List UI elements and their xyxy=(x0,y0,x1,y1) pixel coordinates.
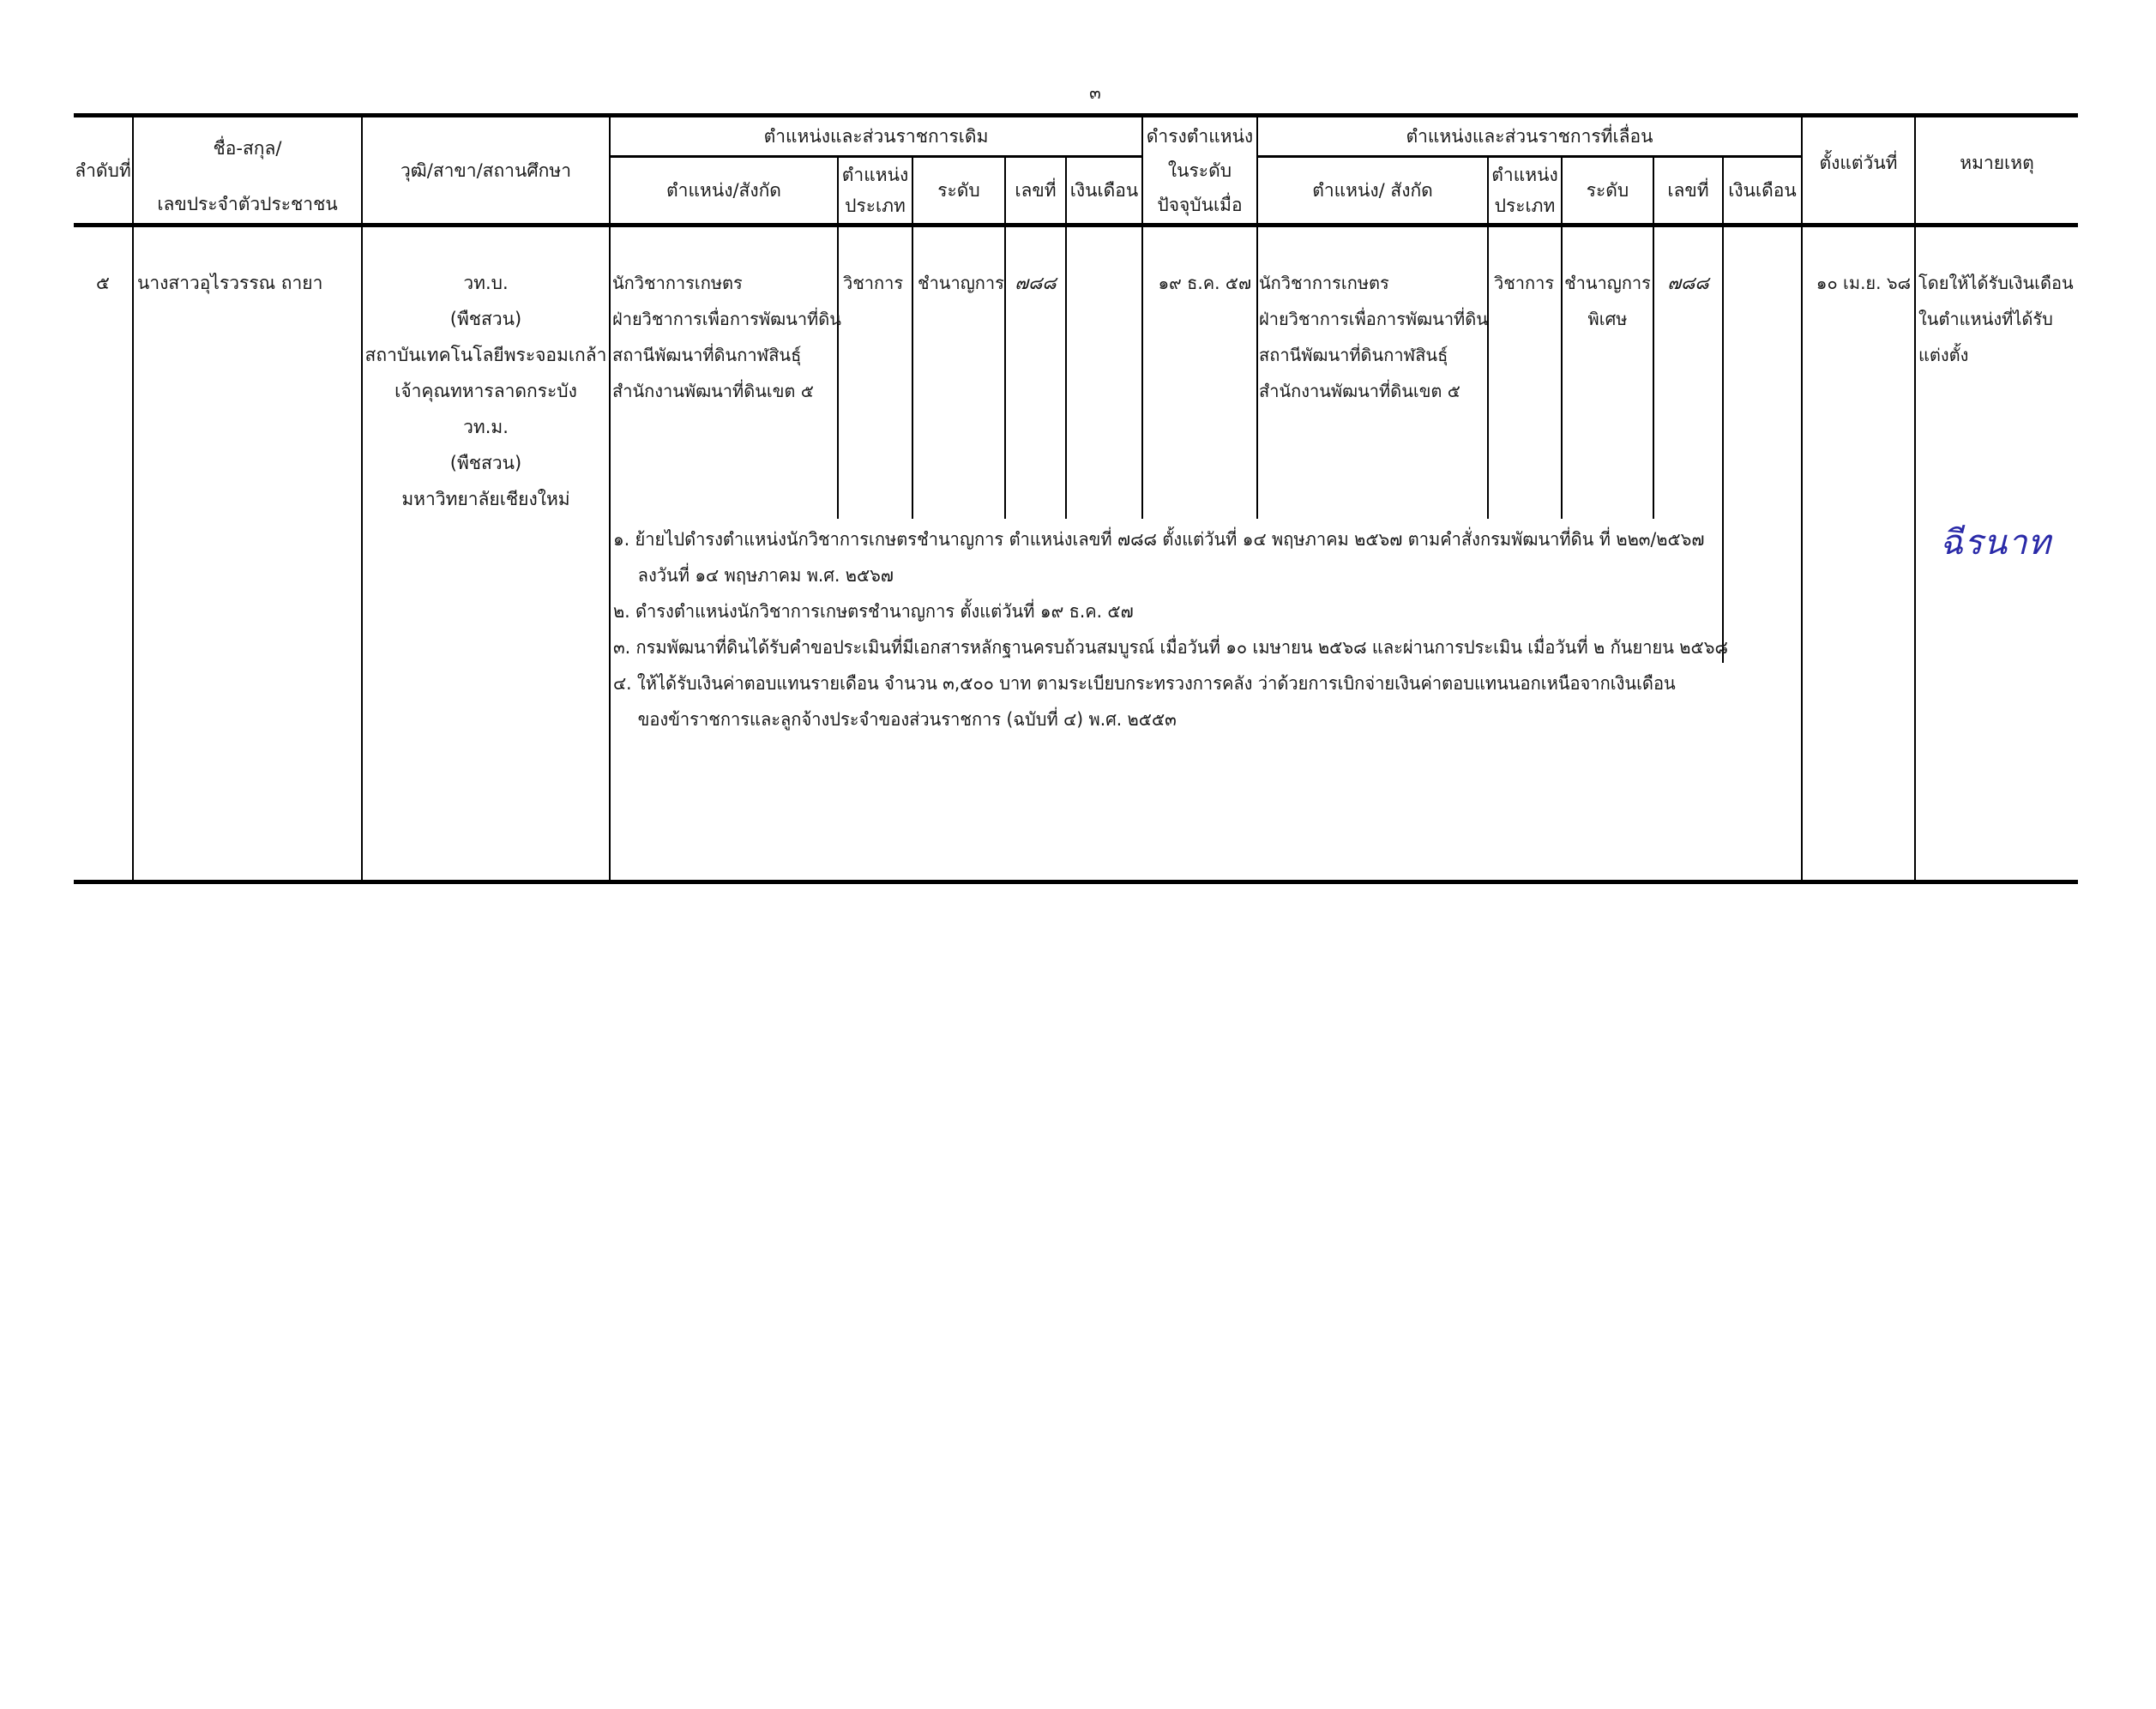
new-position-line: สำนักงานพัฒนาที่ดินเขต ๕ xyxy=(1259,373,1487,409)
old-position-line: สถานีพัฒนาที่ดินกาฬสินธุ์ xyxy=(612,337,837,373)
note-4-continued: ของข้าราชการและลูกจ้างประจำของส่วนราชการ… xyxy=(613,701,1728,737)
header-effective-date: ตั้งแต่วันที่ xyxy=(1803,117,1914,223)
header-education-label: วุฒิ/สาขา/สถานศึกษา xyxy=(400,153,571,188)
header-new-position-label: ตำแหน่ง/ สังกัด xyxy=(1312,173,1433,208)
new-level-line: ชำนาญการ xyxy=(1564,265,1651,301)
header-new-number: เลขที่ xyxy=(1654,158,1722,223)
old-position-line: นักวิชาการเกษตร xyxy=(612,265,837,301)
header-old-position: ตำแหน่ง/สังกัด xyxy=(611,158,837,223)
new-level-line: พิเศษ xyxy=(1588,301,1628,337)
education-line: วท.ม. xyxy=(463,409,509,445)
table-bottom-rule xyxy=(74,880,2078,884)
header-new-level-label: ระดับ xyxy=(1587,173,1629,208)
row-effective-date: ๑๐ เม.ย. ๖๘ xyxy=(1803,265,1911,301)
header-new-number-label: เลขที่ xyxy=(1667,173,1708,208)
row-old-number: ๗๘๘ xyxy=(1006,265,1065,301)
row-old-type: วิชาการ xyxy=(843,265,903,301)
header-old-level: ระดับ xyxy=(913,158,1004,223)
education-line: (พืชสวน) xyxy=(450,445,521,481)
new-position-line: สถานีพัฒนาที่ดินกาฬสินธุ์ xyxy=(1259,337,1487,373)
header-held-line3: ปัจจุบันเมื่อ xyxy=(1157,188,1242,222)
header-held-line2: ในระดับ xyxy=(1168,153,1232,188)
header-name: ชื่อ-สกุล/ เลขประจำตัวประชาชน xyxy=(134,117,361,223)
new-position-line: นักวิชาการเกษตร xyxy=(1259,265,1487,301)
old-position-line: สำนักงานพัฒนาที่ดินเขต ๕ xyxy=(612,373,837,409)
row-new-level: ชำนาญการ พิเศษ xyxy=(1563,265,1653,337)
note-4: ๔. ให้ได้รับเงินค่าตอบแทนรายเดือน จำนวน … xyxy=(613,665,1728,701)
header-old-number-label: เลขที่ xyxy=(1015,173,1056,208)
remarks-line: โดยให้ได้รับเงินเดือน xyxy=(1918,265,2078,301)
col-divider xyxy=(609,113,611,882)
header-held-line1: ดำรงตำแหน่ง xyxy=(1147,119,1253,153)
education-line: สถาบันเทคโนโลยีพระจอมเกล้า xyxy=(365,337,607,373)
row-new-position: นักวิชาการเกษตร ฝ่ายวิชาการเพื่อการพัฒนา… xyxy=(1259,265,1487,409)
header-remarks: หมายเหตุ xyxy=(1916,117,2078,223)
header-old-type: ตำแหน่ง ประเภท xyxy=(839,158,912,223)
header-new-type-line2: ประเภท xyxy=(1495,190,1556,221)
education-line: เจ้าคุณทหารลาดกระบัง xyxy=(394,373,577,409)
header-old-group-label: ตำแหน่งและส่วนราชการเดิม xyxy=(764,119,989,153)
header-new-type-line1: ตำแหน่ง xyxy=(1491,159,1557,190)
header-name-line2: เลขประจำตัวประชาชน xyxy=(157,187,337,221)
note-2: ๒. ดำรงตำแหน่งนักวิชาการเกษตรชำนาญการ ตั… xyxy=(613,593,1728,629)
note-1-continued: ลงวันที่ ๑๔ พฤษภาคม พ.ศ. ๒๕๖๗ xyxy=(613,557,1728,593)
header-old-type-line2: ประเภท xyxy=(845,190,906,221)
header-old-type-line1: ตำแหน่ง xyxy=(842,159,908,190)
header-remarks-label: หมายเหตุ xyxy=(1960,146,2033,180)
row-education: วท.บ. (พืชสวน) สถาบันเทคโนโลยีพระจอมเกล้… xyxy=(363,265,609,517)
header-new-group-label: ตำแหน่งและส่วนราชการที่เลื่อน xyxy=(1406,119,1653,153)
row-old-level: ชำนาญการ xyxy=(918,265,1004,301)
row-seq: ๕ xyxy=(86,265,120,301)
page-number: ๓ xyxy=(1078,79,1112,106)
row-remarks: โดยให้ได้รับเงินเดือน ในตำแหน่งที่ได้รับ… xyxy=(1918,265,2078,373)
header-effective-date-label: ตั้งแต่วันที่ xyxy=(1819,146,1897,180)
col-divider xyxy=(132,113,134,882)
header-new-group: ตำแหน่งและส่วนราชการที่เลื่อน xyxy=(1258,117,1801,155)
remarks-line: แต่งตั้ง xyxy=(1918,337,2078,373)
header-bottom-rule xyxy=(74,223,2078,227)
header-seq-label: ลำดับที่ xyxy=(75,153,130,188)
header-new-position: ตำแหน่ง/ สังกัด xyxy=(1258,158,1487,223)
new-position-line: ฝ่ายวิชาการเพื่อการพัฒนาที่ดิน xyxy=(1259,301,1487,337)
note-1: ๑. ย้ายไปดำรงตำแหน่งนักวิชาการเกษตรชำนาญ… xyxy=(613,521,1728,557)
header-old-position-label: ตำแหน่ง/สังกัด xyxy=(666,173,781,208)
header-old-salary-label: เงินเดือน xyxy=(1070,173,1139,208)
note-3: ๓. กรมพัฒนาที่ดินได้รับคำขอประเมินที่มีเ… xyxy=(613,629,1728,665)
header-new-level: ระดับ xyxy=(1563,158,1653,223)
header-old-number: เลขที่ xyxy=(1006,158,1065,223)
header-seq: ลำดับที่ xyxy=(74,117,132,223)
header-name-line1: ชื่อ-สกุล/ xyxy=(214,131,282,165)
education-line: วท.บ. xyxy=(463,265,508,301)
row-name: นางสาวอุไรวรรณ ถายา xyxy=(137,265,322,301)
row-notes: ๑. ย้ายไปดำรงตำแหน่งนักวิชาการเกษตรชำนาญ… xyxy=(613,521,1780,737)
header-new-type: ตำแหน่ง ประเภท xyxy=(1489,158,1561,223)
header-new-salary: เงินเดือน xyxy=(1724,158,1801,223)
header-old-salary: เงินเดือน xyxy=(1067,158,1141,223)
row-old-position: นักวิชาการเกษตร ฝ่ายวิชาการเพื่อการพัฒนา… xyxy=(612,265,837,409)
handwritten-signature: ฉีรนาท xyxy=(1940,515,2051,569)
remarks-line: ในตำแหน่งที่ได้รับ xyxy=(1918,301,2078,337)
header-old-group: ตำแหน่งและส่วนราชการเดิม xyxy=(611,117,1141,155)
header-held-since: ดำรงตำแหน่ง ในระดับ ปัจจุบันเมื่อ xyxy=(1143,117,1256,223)
row-held-since: ๑๙ ธ.ค. ๕๗ xyxy=(1143,265,1251,301)
col-divider xyxy=(1914,113,1916,882)
header-new-salary-label: เงินเดือน xyxy=(1728,173,1797,208)
row-new-number: ๗๘๘ xyxy=(1654,265,1722,301)
education-line: (พืชสวน) xyxy=(450,301,521,337)
row-new-type: วิชาการ xyxy=(1494,265,1554,301)
header-old-level-label: ระดับ xyxy=(937,173,980,208)
header-education: วุฒิ/สาขา/สถานศึกษา xyxy=(363,117,609,223)
education-line: มหาวิทยาลัยเชียงใหม่ xyxy=(401,481,569,517)
col-divider xyxy=(1801,113,1803,882)
old-position-line: ฝ่ายวิชาการเพื่อการพัฒนาที่ดิน xyxy=(612,301,837,337)
